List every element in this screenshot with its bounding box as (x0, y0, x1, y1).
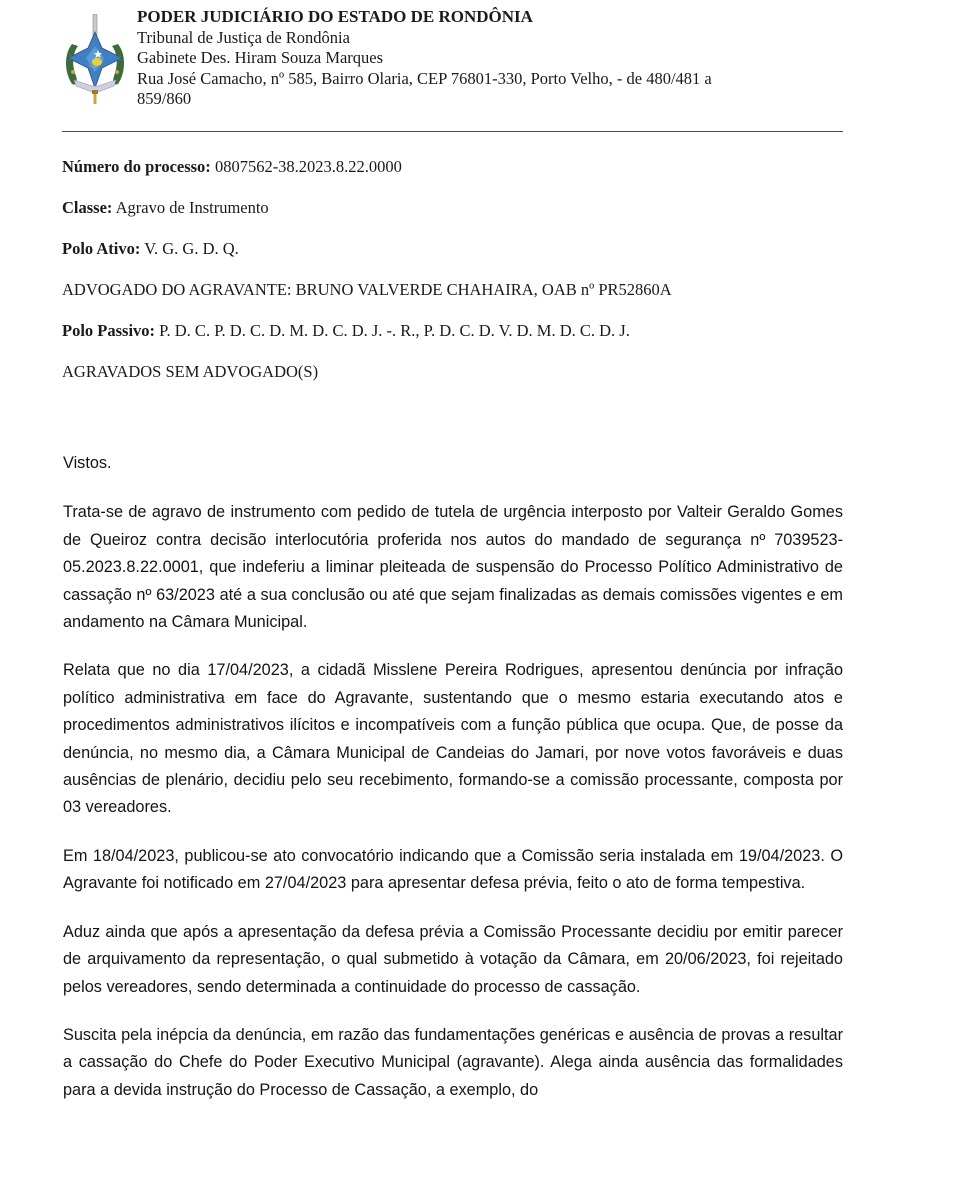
active-pole-row: Polo Ativo: V. G. G. D. Q. (62, 239, 672, 280)
paragraph: Em 18/04/2023, publicou-se ato convocató… (63, 843, 843, 898)
organization-name: PODER JUDICIÁRIO DO ESTADO DE RONDÔNIA (137, 7, 712, 28)
appellant-lawyer-row: ADVOGADO DO AGRAVANTE: BRUNO VALVERDE CH… (62, 280, 672, 321)
passive-pole-value: P. D. C. P. D. C. D. M. D. C. D. J. -. R… (159, 321, 630, 340)
tribunal-name: Tribunal de Justiça de Rondônia (137, 28, 712, 49)
active-pole-label: Polo Ativo: (62, 239, 140, 258)
passive-pole-label: Polo Passivo: (62, 321, 155, 340)
address-line-1: Rua José Camacho, nº 585, Bairro Olaria,… (137, 69, 712, 90)
header-text-block: PODER JUDICIÁRIO DO ESTADO DE RONDÔNIA T… (137, 7, 712, 110)
paragraph: Suscita pela inépcia da denúncia, em raz… (63, 1022, 843, 1104)
opening-word: Vistos. (63, 450, 843, 477)
appellant-lawyer-text: ADVOGADO DO AGRAVANTE: BRUNO VALVERDE CH… (62, 280, 672, 299)
decision-body: Vistos. Trata-se de agravo de instrument… (63, 450, 843, 1125)
header-divider (62, 131, 843, 132)
address-line-2: 859/860 (137, 89, 712, 110)
active-pole-value: V. G. G. D. Q. (144, 239, 239, 258)
process-number-row: Número do processo: 0807562-38.2023.8.22… (62, 157, 672, 198)
document-header: PODER JUDICIÁRIO DO ESTADO DE RONDÔNIA T… (0, 0, 960, 140)
appellees-lawyer-row: AGRAVADOS SEM ADVOGADO(S) (62, 362, 672, 403)
paragraph: Trata-se de agravo de instrumento com pe… (63, 499, 843, 636)
appellees-lawyer-text: AGRAVADOS SEM ADVOGADO(S) (62, 362, 318, 381)
class-value: Agravo de Instrumento (116, 198, 269, 217)
process-number-label: Número do processo: (62, 157, 211, 176)
process-number-value: 0807562-38.2023.8.22.0000 (215, 157, 402, 176)
class-label: Classe: (62, 198, 112, 217)
case-metadata: Número do processo: 0807562-38.2023.8.22… (62, 157, 672, 403)
coat-of-arms-icon (62, 14, 128, 106)
office-name: Gabinete Des. Hiram Souza Marques (137, 48, 712, 69)
passive-pole-row: Polo Passivo: P. D. C. P. D. C. D. M. D.… (62, 321, 672, 362)
paragraph: Aduz ainda que após a apresentação da de… (63, 919, 843, 1001)
class-row: Classe: Agravo de Instrumento (62, 198, 672, 239)
paragraph: Relata que no dia 17/04/2023, a cidadã M… (63, 657, 843, 821)
